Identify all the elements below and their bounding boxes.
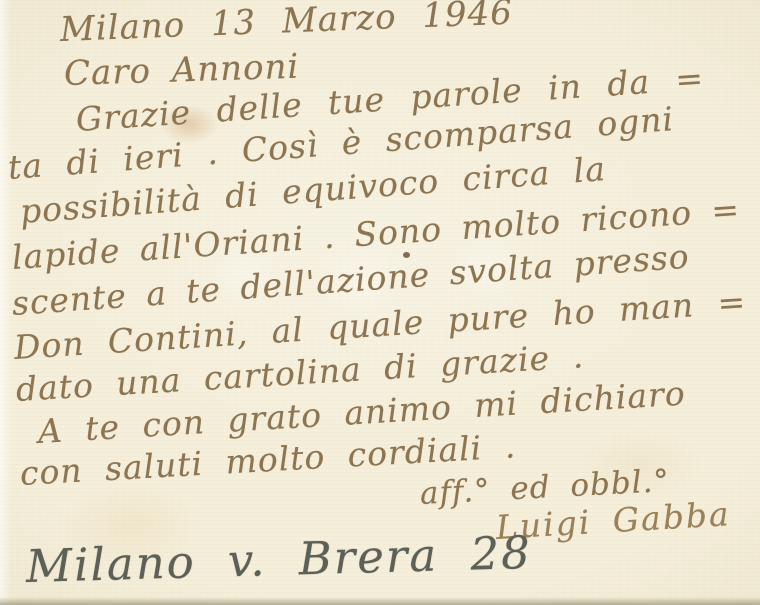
paper-edge-highlight <box>0 0 12 605</box>
ink-blot <box>403 252 410 258</box>
scan-bottom-shadow <box>0 597 760 605</box>
dateline: Milano 13 Marzo 1946 <box>59 0 513 50</box>
letter-scan: Milano 13 Marzo 1946 Caro Annoni Grazie … <box>0 0 760 605</box>
